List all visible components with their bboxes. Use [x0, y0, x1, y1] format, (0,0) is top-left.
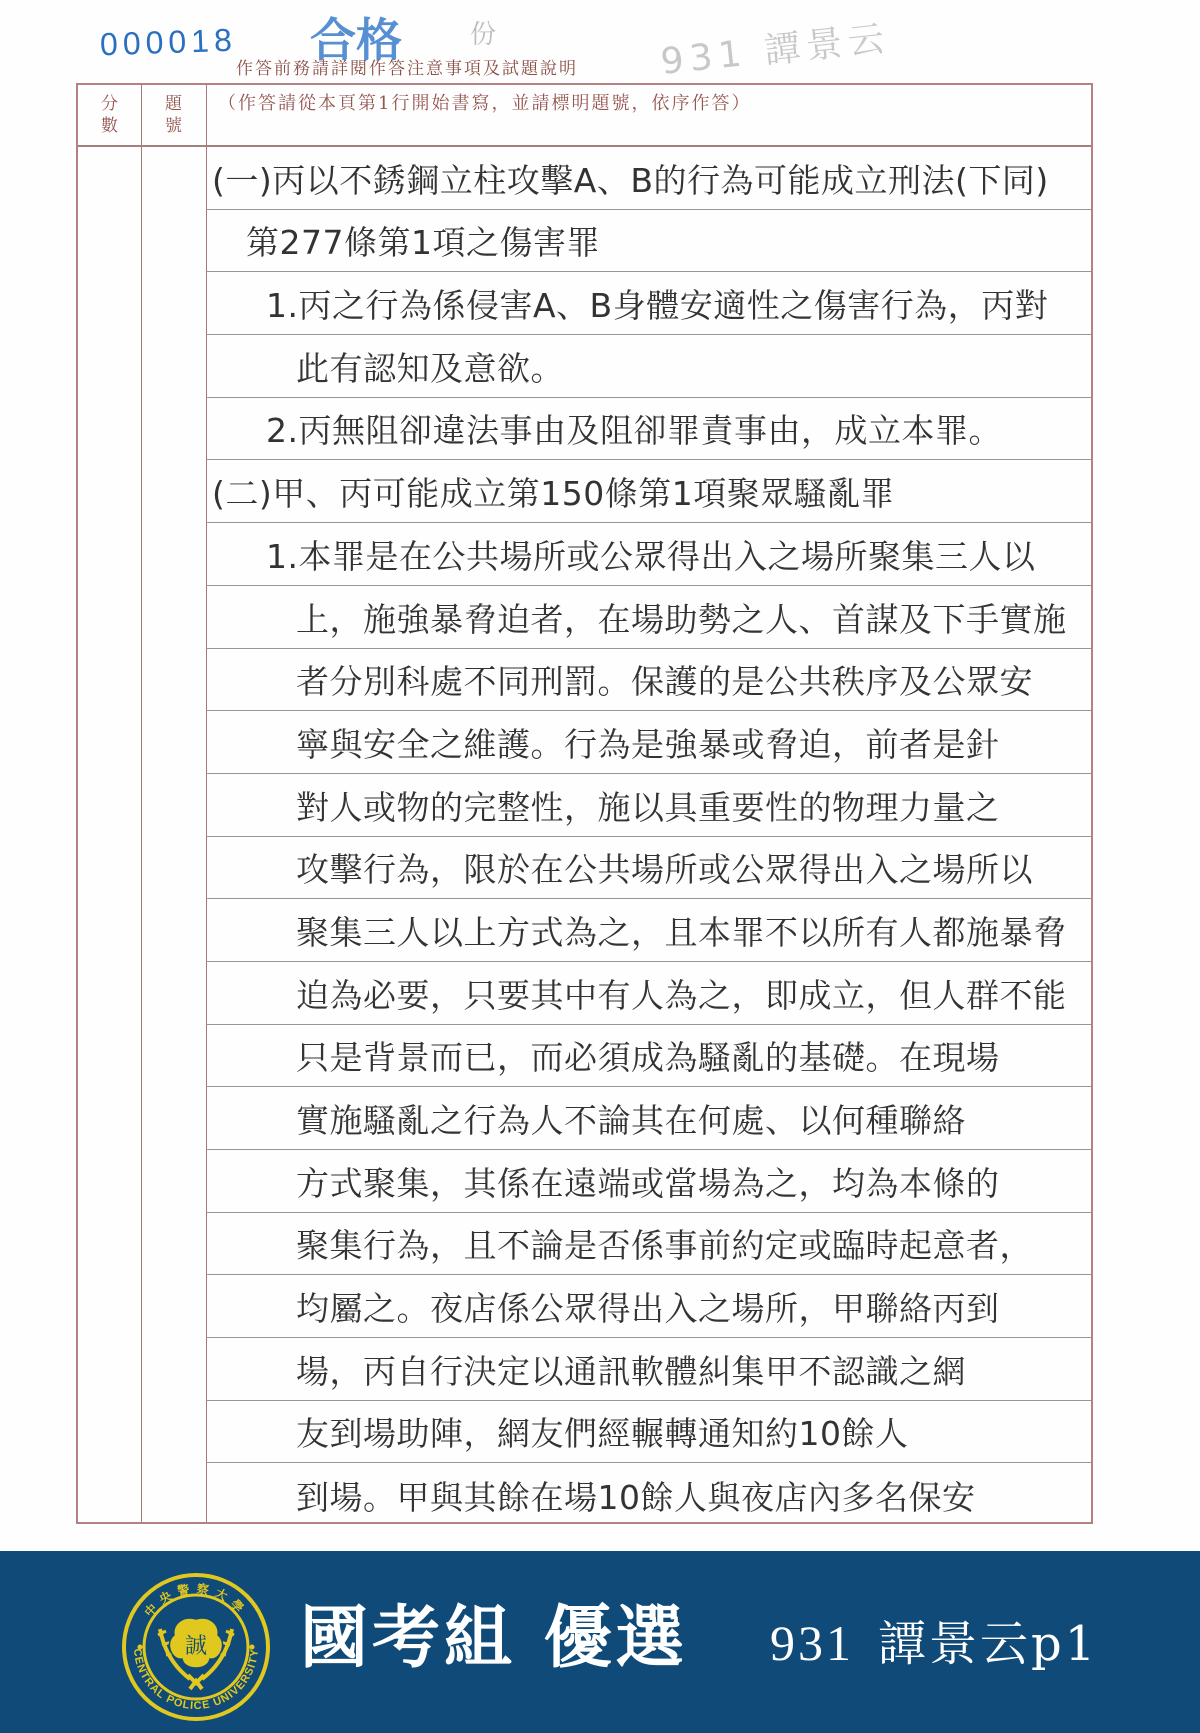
handwritten-text: 迫為必要，只要其中有人為之，即成立，但人群不能 [296, 976, 1067, 1016]
pencil-note: 931 譚景云 [658, 10, 892, 85]
handwritten-text: 聚集行為，且不論是否係事前約定或臨時起意者， [296, 1226, 1033, 1266]
answer-line: 上，施強暴脅迫者，在場助勢之人、首謀及下手實施 [206, 586, 1091, 649]
column-divider [141, 85, 142, 1522]
handwritten-text: 第277條第1項之傷害罪 [246, 223, 600, 263]
handwritten-text: 1.本罪是在公共場所或公眾得出入之場所聚集三人以 [266, 537, 1036, 577]
handwritten-text: 只是背景而已，而必須成為騷亂的基礎。在現場 [296, 1038, 1000, 1078]
exam-id-number: 000018 [99, 22, 237, 64]
answer-line: 均屬之。夜店係公眾得出入之場所，甲聯絡丙到 [206, 1275, 1091, 1338]
handwritten-text: 方式聚集，其係在遠端或當場為之，均為本條的 [296, 1164, 1000, 1204]
answer-line: 實施騷亂之行為人不論其在何處、以何種聯絡 [206, 1087, 1091, 1150]
handwritten-text: 上，施強暴脅迫者，在場助勢之人、首謀及下手實施 [296, 600, 1067, 640]
handwritten-text: 友到場助陣，網友們經輾轉通知約10餘人 [296, 1414, 909, 1454]
answer-table: 分 數 題 號 （作答請從本頁第1行開始書寫，並請標明題號，依序作答） (一)丙… [76, 83, 1093, 1524]
student-code: 931 [770, 1615, 854, 1671]
header-label: 號 [165, 115, 182, 137]
handwritten-text: 聚集三人以上方式為之，且本罪不以所有人都施暴脅 [296, 913, 1067, 953]
handwritten-text: 實施騷亂之行為人不論其在何處、以何種聯絡 [296, 1101, 966, 1141]
answer-line: 2.丙無阻卻違法事由及阻卻罪責事由，成立本罪。 [206, 398, 1091, 461]
answer-line: 者分別科處不同刑罰。保護的是公共秩序及公眾安 [206, 649, 1091, 712]
award-banner: 中央警察大學 CENTRAL POLICE UNIVERSITY 誠 國考組 優… [0, 1551, 1200, 1733]
university-emblem-icon: 中央警察大學 CENTRAL POLICE UNIVERSITY 誠 [120, 1571, 272, 1723]
answer-line: 到場。甲與其餘在場10餘人與夜店內多名保安 [206, 1463, 1091, 1526]
award-title: 國考組 優選 [300, 1595, 688, 1681]
answer-line: 對人或物的完整性，施以具重要性的物理力量之 [206, 774, 1091, 837]
handwritten-text: 均屬之。夜店係公眾得出入之場所，甲聯絡丙到 [296, 1289, 1000, 1329]
answer-line: 寧與安全之維護。行為是強暴或脅迫，前者是針 [206, 711, 1091, 774]
answer-line: 迫為必要，只要其中有人為之，即成立，但人群不能 [206, 962, 1091, 1025]
answer-line: 1.本罪是在公共場所或公眾得出入之場所聚集三人以 [206, 523, 1091, 586]
handwritten-text: (一)丙以不銹鋼立柱攻擊A、B的行為可能成立刑法(下同) [212, 161, 1049, 201]
answer-lines: (一)丙以不銹鋼立柱攻擊A、B的行為可能成立刑法(下同) 第277條第1項之傷害… [206, 147, 1091, 1526]
answer-line: 此有認知及意欲。 [206, 335, 1091, 398]
student-name-page: 譚景云p1 [878, 1616, 1098, 1672]
handwritten-text: 到場。甲與其餘在場10餘人與夜店內多名保安 [296, 1478, 976, 1518]
answer-line: 第277條第1項之傷害罪 [206, 210, 1091, 273]
handwritten-text: 對人或物的完整性，施以具重要性的物理力量之 [296, 788, 1000, 828]
header-label: 數 [101, 115, 118, 137]
answer-line: (二)甲、丙可能成立第150條第1項聚眾騷亂罪 [206, 460, 1091, 523]
answer-line: 只是背景而已，而必須成為騷亂的基礎。在現場 [206, 1025, 1091, 1088]
table-header-row: 分 數 題 號 （作答請從本頁第1行開始書寫，並請標明題號，依序作答） [78, 85, 1091, 147]
handwritten-text: 攻擊行為，限於在公共場所或公眾得出入之場所以 [296, 850, 1033, 890]
answer-sheet: 000018 合格 份 931 譚景云 作答前務請詳閱作答注意事項及試題說明 分… [0, 0, 1200, 1551]
svg-text:誠: 誠 [185, 1634, 207, 1659]
answer-line: 場，丙自行決定以通訊軟體糾集甲不認識之網 [206, 1338, 1091, 1401]
handwritten-text: 2.丙無阻卻違法事由及阻卻罪責事由，成立本罪。 [266, 411, 1002, 451]
answer-line: 方式聚集，其係在遠端或當場為之，均為本條的 [206, 1150, 1091, 1213]
answer-line: 1.丙之行為係侵害A、B身體安適性之傷害行為，丙對 [206, 272, 1091, 335]
answer-column-note: （作答請從本頁第1行開始書寫，並請標明題號，依序作答） [206, 85, 751, 123]
handwritten-text: 此有認知及意欲。 [296, 349, 564, 389]
answer-line: 攻擊行為，限於在公共場所或公眾得出入之場所以 [206, 837, 1091, 900]
answer-line: (一)丙以不銹鋼立柱攻擊A、B的行為可能成立刑法(下同) [206, 147, 1091, 210]
answer-line: 友到場助陣，網友們經輾轉通知約10餘人 [206, 1401, 1091, 1464]
answer-line: 聚集行為，且不論是否係事前約定或臨時起意者， [206, 1213, 1091, 1276]
handwritten-text: 1.丙之行為係侵害A、B身體安適性之傷害行為，丙對 [266, 286, 1048, 326]
student-label: 931譚景云p1 [770, 1613, 1098, 1674]
score-column-header: 分 數 [78, 85, 141, 145]
handwritten-text: (二)甲、丙可能成立第150條第1項聚眾騷亂罪 [212, 474, 894, 514]
handwritten-text: 場，丙自行決定以通訊軟體糾集甲不認識之網 [296, 1352, 966, 1392]
pencil-mark: 份 [470, 14, 496, 51]
header-label: 分 [101, 93, 118, 115]
question-number-column-header: 題 號 [141, 85, 206, 145]
handwritten-text: 寧與安全之維護。行為是強暴或脅迫，前者是針 [296, 725, 1000, 765]
handwritten-text: 者分別科處不同刑罰。保護的是公共秩序及公眾安 [296, 662, 1033, 702]
header-label: 題 [165, 93, 182, 115]
answer-line: 聚集三人以上方式為之，且本罪不以所有人都施暴脅 [206, 899, 1091, 962]
instructions-header: 作答前務請詳閱作答注意事項及試題說明 [236, 54, 578, 79]
